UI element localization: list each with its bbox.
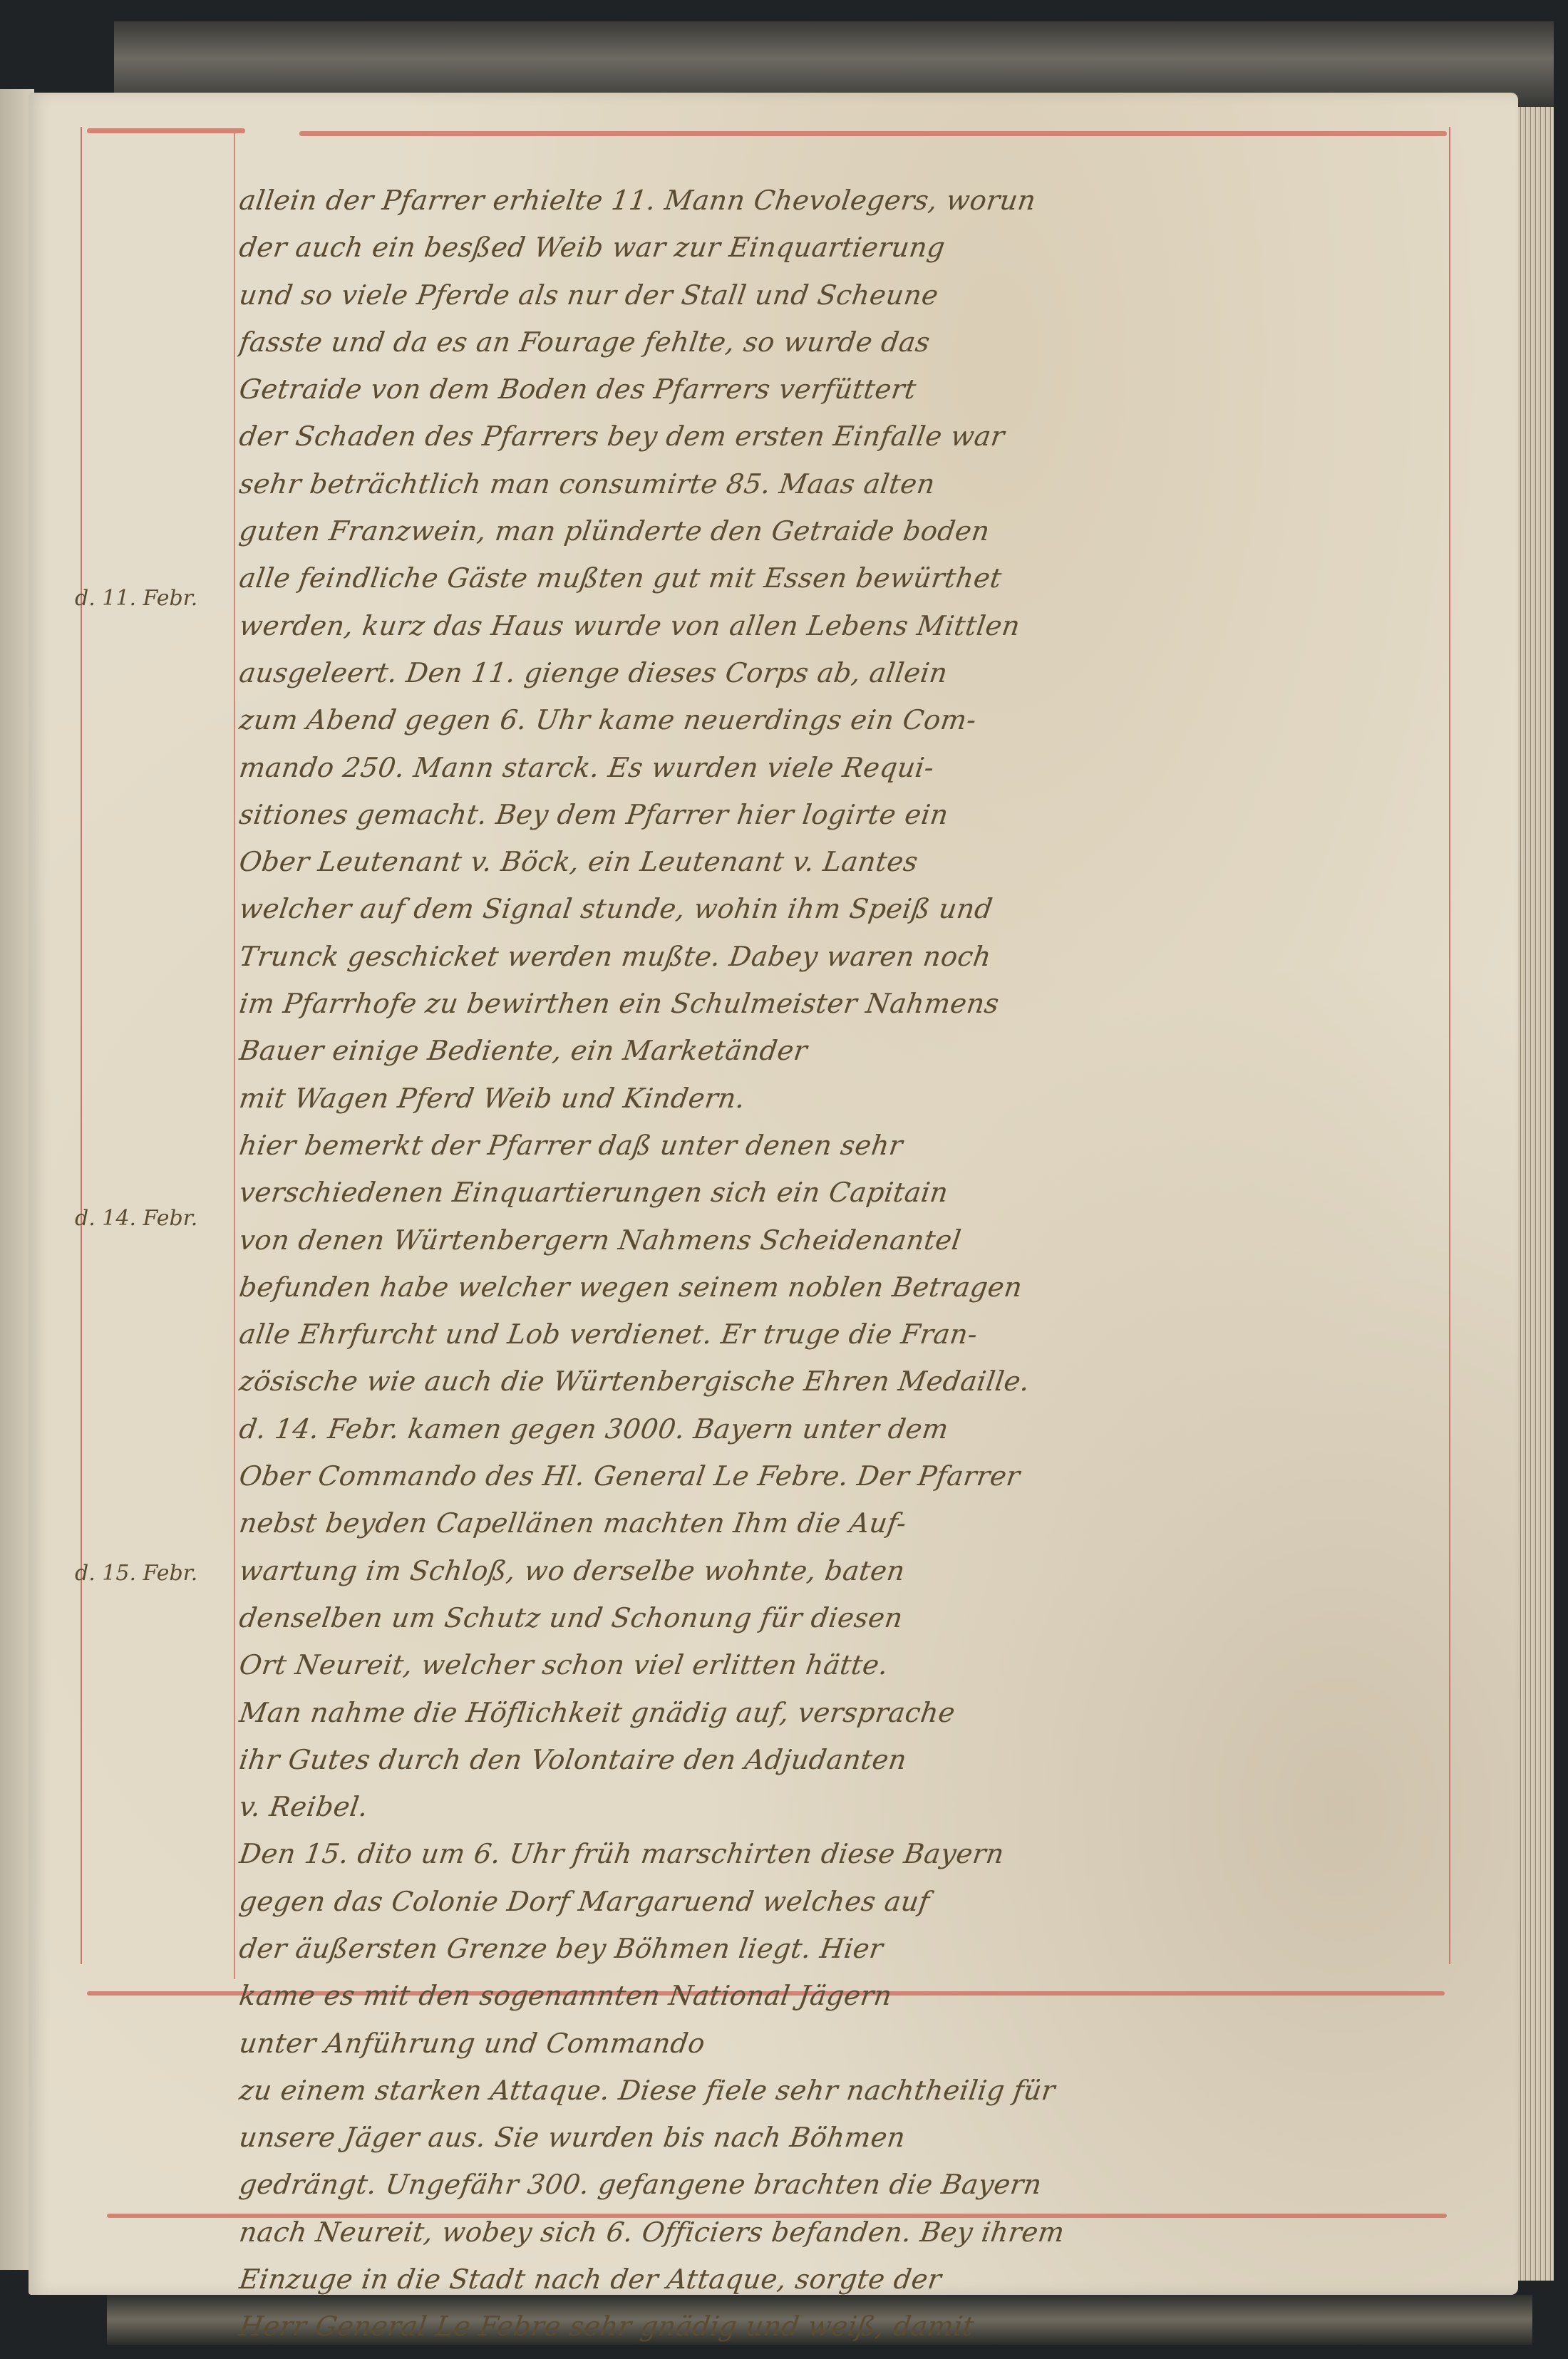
- text-line: unsere Jäger aus. Sie wurden bis nach Bö…: [236, 2114, 1447, 2161]
- margin-date-note: d. 14. Febr.: [75, 1206, 232, 1231]
- text-line: gegen das Colonie Dorf Margaruend welche…: [236, 1878, 1447, 1925]
- text-line: d. 14. Febr. kamen gegen 3000. Bayern un…: [236, 1405, 1447, 1452]
- text-line: Herr General Le Febre sehr gnädig und we…: [236, 2303, 1447, 2350]
- margin-date-note: d. 15. Febr.: [75, 1561, 232, 1586]
- text-line: nebst beyden Capellänen machten Ihm die …: [236, 1499, 1447, 1547]
- text-line: hier bemerkt der Pfarrer daß unter denen…: [236, 1122, 1447, 1169]
- text-line: kame es mit den sogenannten National Jäg…: [236, 1972, 1447, 2019]
- text-line: Einzuge in die Stadt nach der Attaque, s…: [236, 2256, 1447, 2303]
- text-line: werden, kurz das Haus wurde von allen Le…: [236, 602, 1447, 649]
- text-line: zösische wie auch die Würtenbergische Eh…: [236, 1358, 1447, 1405]
- text-line: denselben um Schutz und Schonung für die…: [236, 1594, 1447, 1641]
- text-line: welcher auf dem Signal stunde, wohin ihm…: [236, 885, 1447, 932]
- text-line: der Schaden des Pfarrers bey dem ersten …: [236, 413, 1447, 460]
- text-line: sehr beträchtlich man consumirte 85. Maa…: [236, 460, 1447, 507]
- text-line: Ober Leutenant v. Böck, ein Leutenant v.…: [236, 838, 1447, 885]
- text-line: Trunck geschicket werden mußte. Dabey wa…: [236, 933, 1447, 980]
- text-line: sitiones gemacht. Bey dem Pfarrer hier l…: [236, 791, 1447, 838]
- text-line: mit Wagen Pferd Weib und Kindern.: [236, 1075, 1447, 1122]
- top-rule-left: [87, 128, 245, 133]
- text-line: mando 250. Mann starck. Es wurden viele …: [236, 744, 1447, 791]
- text-line: unter Anführung und Commando: [236, 2020, 1447, 2067]
- text-line: der äußersten Grenze bey Böhmen liegt. H…: [236, 1925, 1447, 1972]
- text-line: befunden habe welcher wegen seinem noble…: [236, 1264, 1447, 1311]
- margin-rule: [234, 132, 235, 1979]
- text-line: Ort Neureit, welcher schon viel erlitten…: [236, 1641, 1447, 1688]
- text-line: von denen Würtenbergern Nahmens Scheiden…: [236, 1217, 1447, 1264]
- text-line: guten Franzwein, man plünderte den Getra…: [236, 507, 1447, 554]
- text-line: zum Abend gegen 6. Uhr kame neuerdings e…: [236, 696, 1447, 743]
- text-line: und so viele Pferde als nur der Stall un…: [236, 272, 1447, 319]
- margin-date-note: d. 11. Febr.: [75, 586, 232, 611]
- text-line: im Pfarrhofe zu bewirthen ein Schulmeist…: [236, 980, 1447, 1027]
- text-line: wartung im Schloß, wo derselbe wohnte, b…: [236, 1547, 1447, 1594]
- text-line: ihr Gutes durch den Volontaire den Adjud…: [236, 1736, 1447, 1783]
- text-line: alle Ehrfurcht und Lob verdienet. Er tru…: [236, 1311, 1447, 1358]
- text-line: Man nahme die Höflichkeit gnädig auf, ve…: [236, 1689, 1447, 1736]
- top-rule-right: [299, 131, 1447, 136]
- text-line: allein der Pfarrer erhielte 11. Mann Che…: [236, 177, 1447, 224]
- text-line: alle feindliche Gäste mußten gut mit Ess…: [236, 554, 1447, 602]
- text-line: v. Reibel.: [236, 1783, 1447, 1830]
- manuscript-body: allein der Pfarrer erhielte 11. Mann Che…: [239, 177, 1444, 2350]
- text-line: zu einem starken Attaque. Diese fiele se…: [236, 2067, 1447, 2114]
- text-line: fasste und da es an Fourage fehlte, so w…: [236, 319, 1447, 366]
- text-line: gedrängt. Ungefähr 300. gefangene bracht…: [236, 2161, 1447, 2208]
- text-line: Ober Commando des Hl. General Le Febre. …: [236, 1452, 1447, 1499]
- text-line: nach Neureit, wobey sich 6. Officiers be…: [236, 2209, 1447, 2256]
- text-line: der auch ein besßed Weib war zur Einquar…: [236, 224, 1447, 271]
- text-line: ausgeleert. Den 11. gienge dieses Corps …: [236, 649, 1447, 696]
- text-line: Bauer einige Bediente, ein Marketänder: [236, 1027, 1447, 1074]
- text-line: Getraide von dem Boden des Pfarrers verf…: [236, 366, 1447, 413]
- page-stack-edge: [1518, 107, 1554, 2281]
- text-line: verschiedenen Einquartierungen sich ein …: [236, 1169, 1447, 1216]
- text-line: Den 15. dito um 6. Uhr früh marschirten …: [236, 1830, 1447, 1877]
